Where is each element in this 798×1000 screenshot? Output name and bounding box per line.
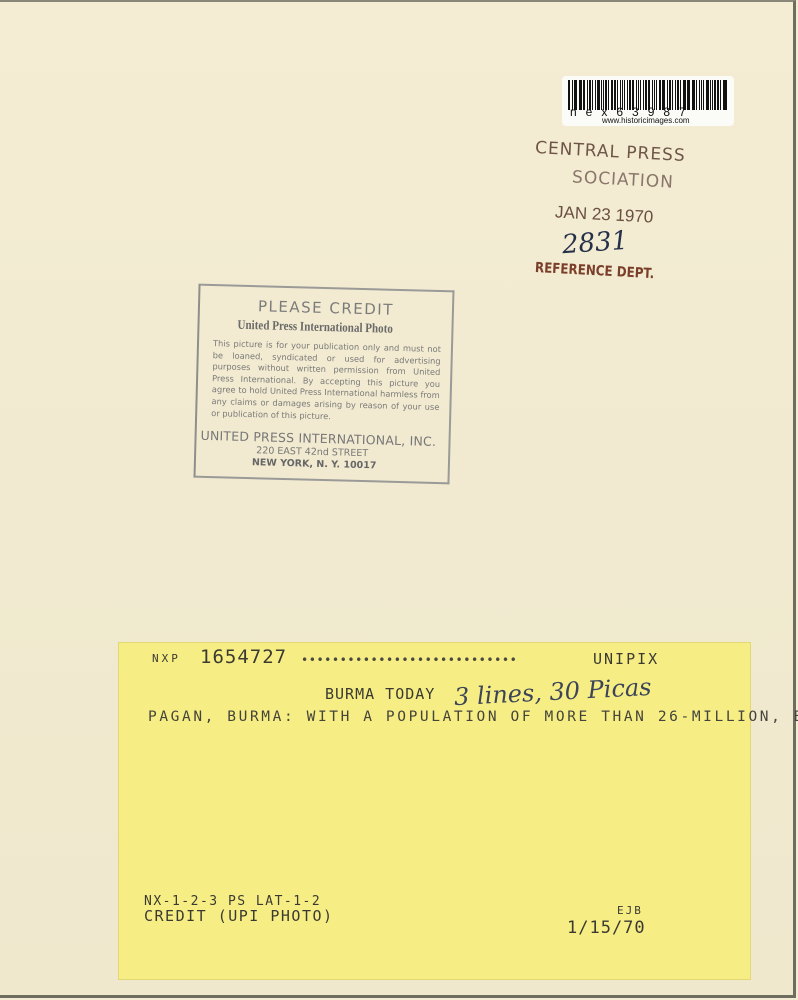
slip-handwritten-note: 3 lines, 30 Picas — [453, 673, 652, 711]
slip-caption-body: PAGAN, BURMA: WITH A POPULATION OF MORE … — [148, 710, 798, 725]
stamp-department: REFERENCE DEPT. — [535, 260, 655, 282]
upi-stamp-title: PLEASE CREDIT — [258, 297, 394, 319]
slip-dot-leader: •••••••••••••••••••••••••••• — [301, 653, 517, 667]
stamp-date: JAN 23 1970 — [555, 202, 654, 227]
photo-back-paper: nex63987 www.historicimages.com CENTRAL … — [0, 0, 796, 998]
caption-slip: NXP 1654727 ••••••••••••••••••••••••••••… — [118, 642, 751, 980]
stamp-line-1: CENTRAL PRESS — [535, 138, 687, 166]
slip-agency: UNIPIX — [593, 650, 659, 668]
stamp-line-2: SOCIATION — [572, 167, 675, 192]
slip-title: BURMA TODAY — [325, 685, 435, 703]
slip-id-label: NXP — [152, 652, 181, 665]
upi-address-city: NEW YORK, N. Y. 10017 — [252, 457, 377, 471]
barcode-label: nex63987 www.historicimages.com — [562, 76, 734, 126]
upi-stamp-body: This picture is for your publication onl… — [211, 338, 441, 425]
barcode-url: www.historicimages.com — [602, 116, 690, 125]
handwritten-number: 2831 — [561, 226, 629, 261]
slip-footer-credit: CREDIT (UPI PHOTO) — [144, 907, 334, 925]
slip-date: 1/15/70 — [567, 918, 646, 938]
upi-company: UNITED PRESS INTERNATIONAL, INC. — [200, 428, 436, 449]
slip-id-number: 1654727 — [200, 646, 287, 668]
upi-stamp-subtitle: United Press International Photo — [237, 317, 393, 337]
upi-credit-stamp: PLEASE CREDIT United Press International… — [194, 284, 455, 485]
slip-initials: EJB — [617, 904, 643, 917]
